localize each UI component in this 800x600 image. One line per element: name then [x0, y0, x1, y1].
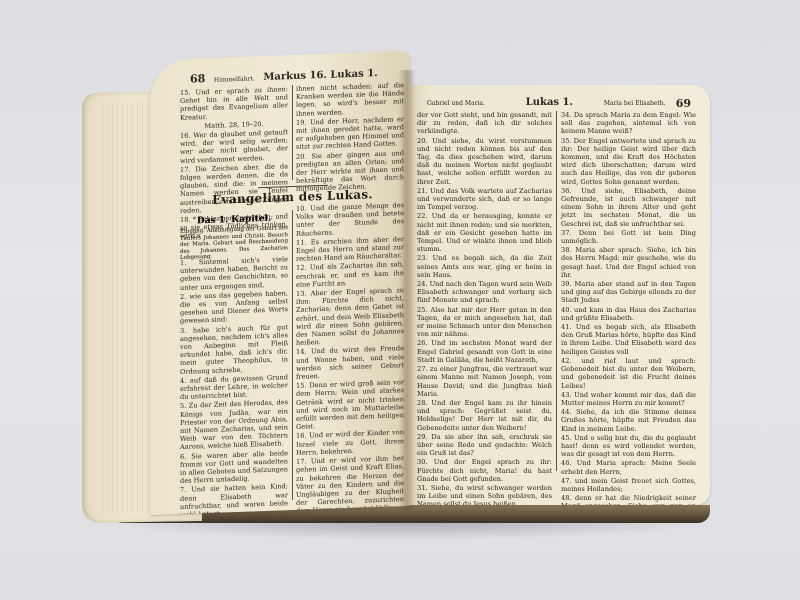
verse: 23. Und es begab sich, da die Zeit seine… [417, 254, 552, 279]
column-divider [556, 111, 557, 471]
verse: 16. Und er wird der Kinder von Israel vi… [296, 429, 404, 457]
right-page: Gabriel und Maria. Lukas 1. Maria bei El… [405, 85, 710, 505]
verse: 46. Und Maria sprach: Meine Seele erhebt… [561, 459, 696, 475]
verse: 2. wie uns das gegeben haben, die es von… [180, 289, 288, 326]
verse: 44. Siehe, da ich die Stimme deines Gruß… [561, 408, 696, 433]
verse: 37. Denn bei Gott ist kein Ding unmöglic… [561, 229, 696, 245]
verse: 45. Und o selig bist du, die du geglaubt… [561, 434, 696, 459]
verse: 11. Es erschien ihm aber der Engel des H… [296, 235, 404, 263]
verse: 26. Und im sechsten Monat ward der Engel… [417, 339, 552, 364]
verse: 14. Und du wirst des Freude und Wonne ha… [296, 345, 404, 382]
left-page: 68 Himmelfahrt. Markus 16. Lukas 1. 15. … [150, 51, 410, 515]
right-running-head-right: Maria bei Elisabeth. [604, 100, 666, 107]
verse: 7. Und sie hatten kein Kind; denn Elisab… [180, 483, 288, 515]
verse: 6. Sie waren aber alle beide fromm vor G… [180, 449, 288, 486]
verse: 10. Und die ganze Menge des Volks war dr… [296, 201, 404, 238]
right-col-a: der vor Gott steht, und bin gesandt, mit… [417, 111, 552, 505]
verse: 48. denn er hat die Niedrigkeit seiner M… [561, 494, 696, 505]
verse: der vor Gott steht, und bin gesandt, mit… [417, 111, 552, 136]
verse: 36. Und siehe, Elisabeth, deine Gefreund… [561, 187, 696, 228]
chapter-heading: Das 1. Kapitel. Eingang. Ankündigung der… [180, 210, 288, 261]
verse: ihnen nicht schaden; auf die Kranken wer… [296, 81, 404, 118]
verse: 1. Sintemal sich's viele unterwunden hab… [180, 255, 288, 292]
left-col-a-bottom: 1. Sintemal sich's viele unterwunden hab… [180, 255, 288, 515]
heading-rule [258, 185, 328, 188]
verse: 42. und rief laut und sprach: Gebenedeit… [561, 357, 696, 390]
right-page-header: Gabriel und Maria. Lukas 1. Maria bei El… [427, 97, 697, 108]
verse: 13. Aber der Engel sprach zu ihm: Fürcht… [296, 286, 404, 347]
verse: 47. und mein Geist freuet sich Gottes, m… [561, 477, 696, 493]
verse: 40. und kam in das Haus des Zacharias un… [561, 306, 696, 322]
verse: 3. habe ich's auch für gut angesehen, na… [180, 323, 288, 376]
verse: 24. Und nach den Tagen ward sein Weib El… [417, 280, 552, 305]
verse: 39. Maria aber stand auf in den Tagen un… [561, 280, 696, 305]
verse: 12. Und als Zacharias ihn sah, erschrak … [296, 261, 404, 289]
column-divider [292, 85, 293, 180]
verse: 28. Und der Engel kam zu ihr hinein und … [417, 399, 552, 432]
verse: 41. Und es begab sich, als Elisabeth den… [561, 323, 696, 356]
book-gutter [398, 70, 416, 510]
right-page-title: Lukas 1. [526, 97, 573, 108]
verse: 34. Da sprach Maria zu dem Engel: Wie so… [561, 111, 696, 136]
photo-scene: 68 Himmelfahrt. Markus 16. Lukas 1. 15. … [0, 0, 800, 600]
left-col-b-bottom: 10. Und die ganze Menge des Volks war dr… [296, 201, 404, 515]
verse: 27. zu einer Jungfrau, die vertrauet war… [417, 365, 552, 398]
verse: 4. auf daß du gewissen Grund erfahrest d… [180, 373, 288, 401]
verse: 38. Maria aber sprach: Siehe, ich bin de… [561, 246, 696, 279]
verse: 30. Und der Engel sprach zu ihr: Fürchte… [417, 458, 552, 483]
verse: 31. Siehe, du wirst schwanger werden im … [417, 484, 552, 505]
verse: 35. Der Engel antwortete und sprach zu i… [561, 137, 696, 186]
left-col-b-top: ihnen nicht schaden; auf die Kranken wer… [296, 81, 404, 194]
verse: 25. Also hat mir der Herr getan in den T… [417, 306, 552, 339]
column-divider [292, 210, 293, 500]
verse: 17. Und er wird vor ihm her gehen im Gei… [296, 454, 404, 515]
left-page-title: Markus 16. Lukas 1. [263, 68, 377, 83]
right-col-b: 34. Da sprach Maria zu dem Engel: Wie so… [561, 111, 696, 505]
verse: 15. Denn er wird groß sein vor dem Herrn… [296, 378, 404, 431]
right-running-head-left: Gabriel und Maria. [427, 100, 485, 107]
left-running-head: Himmelfahrt. [214, 75, 255, 83]
right-page-number: 69 [676, 97, 691, 110]
verse: 29. Da sie aber ihn sah, erschrak sie üb… [417, 433, 552, 458]
verse: 19. Und der Herr, nachdem er mit ihnen g… [296, 115, 404, 152]
verse: 21. Und das Volk wartete auf Zacharias u… [417, 187, 552, 212]
left-page-number: 68 [190, 72, 205, 86]
verse: 5. Zu der Zeit des Herodes, des Königs v… [180, 399, 288, 452]
verse: 15. Und er sprach zu ihnen: Gehet hin in… [180, 85, 288, 122]
verse: 43. Und woher kommt mir das, daß die Mut… [561, 391, 696, 407]
verse: 20. Und siehe, du wirst verstummen und n… [417, 137, 552, 186]
verse: 22. Und da er herausging, konnte er nich… [417, 212, 552, 253]
verse: 16. Wer da glaubet und getauft wird, der… [180, 128, 288, 165]
